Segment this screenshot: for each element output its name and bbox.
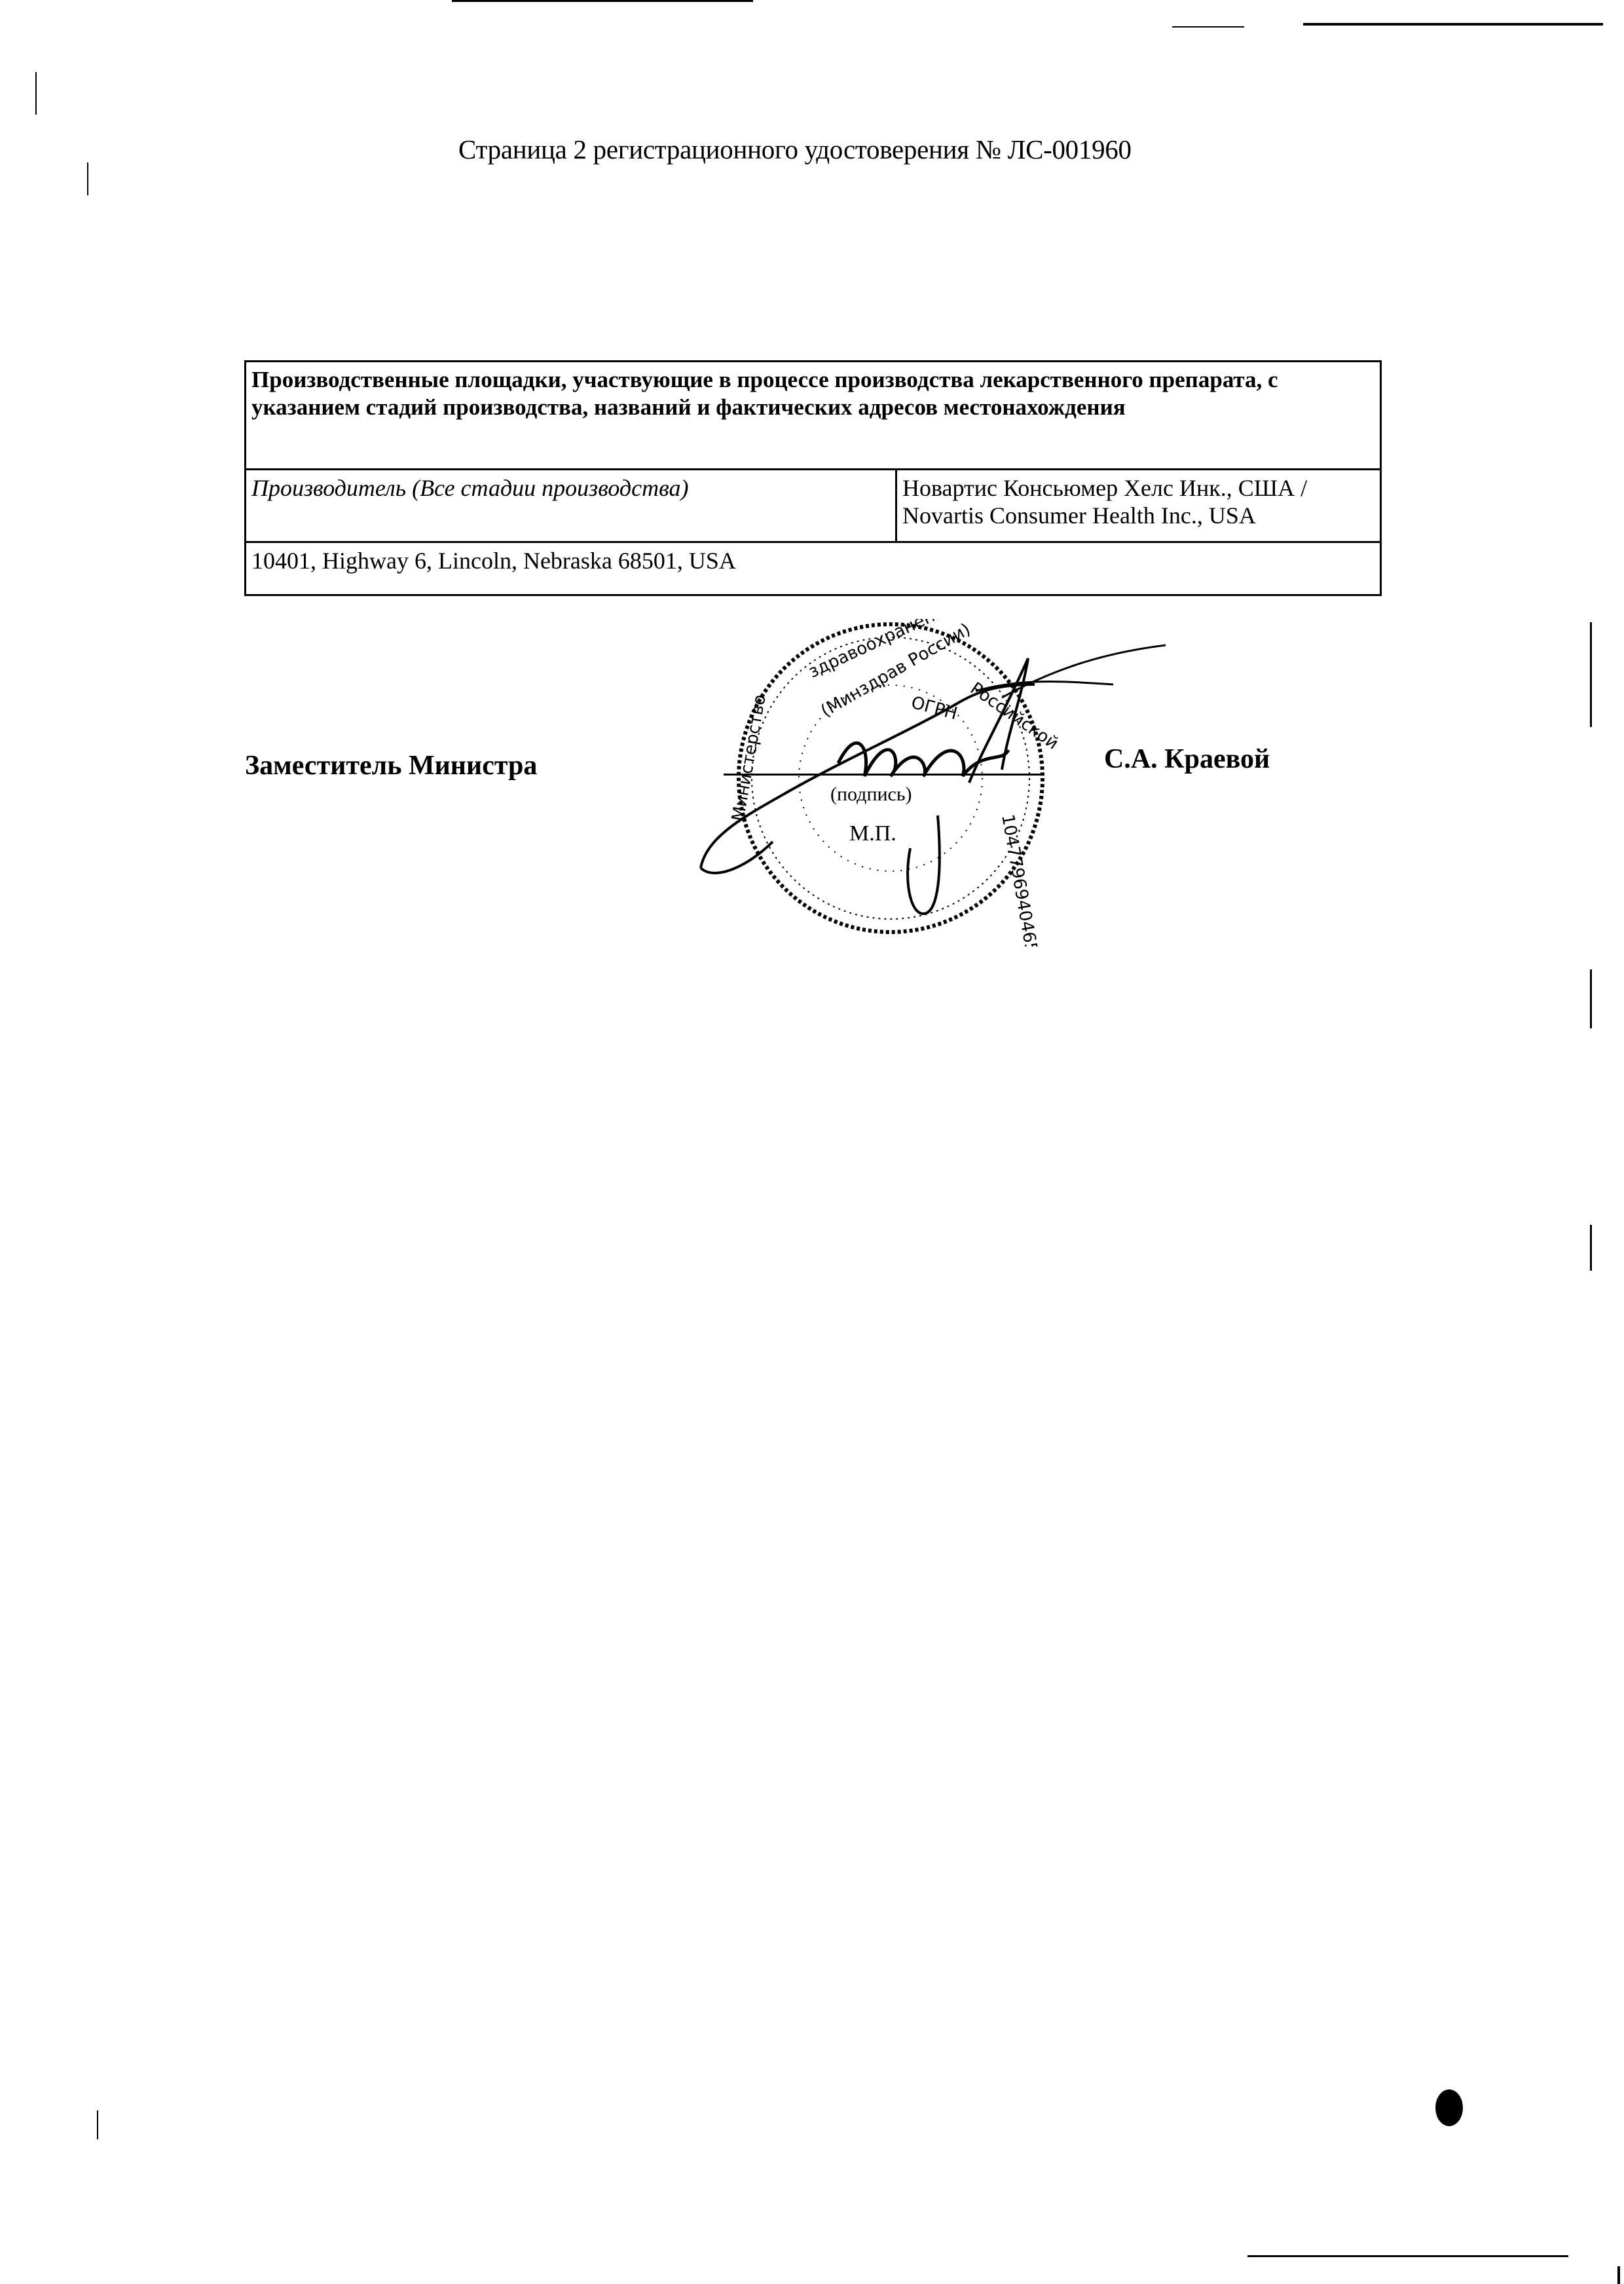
scan-edge-mark-right-2 — [1590, 969, 1592, 1028]
stamp-place-caption: М.П. — [849, 821, 896, 846]
manufacturer-name-cell: Новартис Консьюмер Хелс Инк., США / Nova… — [896, 470, 1381, 542]
page-title: Страница 2 регистрационного удостоверени… — [458, 134, 1132, 165]
scan-edge-mark-right-bottom — [1617, 2266, 1620, 2284]
scan-edge-mark-top — [452, 0, 753, 2]
production-sites-table: Производственные площадки, участвующие в… — [244, 360, 1382, 596]
company-name-ru: Новартис Консьюмер Хелс Инк., США / — [902, 474, 1375, 502]
scan-edge-mark-right-3 — [1590, 1225, 1592, 1271]
scan-edge-mark-right — [1590, 622, 1592, 727]
official-seal-icon: здравоохранения Российской (Минздрав Рос… — [694, 619, 1166, 946]
table-row: Производитель (Все стадии производства) … — [246, 470, 1381, 542]
signature-line — [724, 774, 1043, 776]
signatory-position: Заместитель Министра — [245, 750, 537, 781]
address-cell: 10401, Highway 6, Lincoln, Nebraska 6850… — [246, 542, 1381, 595]
manufacturer-role-cell: Производитель (Все стадии производства) — [246, 470, 896, 542]
scan-edge-mark-left-bottom — [97, 2110, 98, 2139]
scan-edge-mark-bottom — [1247, 2255, 1568, 2257]
scan-edge-mark-left — [35, 72, 37, 115]
scan-dot-mark — [1435, 2089, 1463, 2126]
signature-caption: (подпись) — [830, 783, 912, 806]
signatory-name: С.А. Краевой — [1104, 743, 1270, 775]
table-row: 10401, Highway 6, Lincoln, Nebraska 6850… — [246, 542, 1381, 595]
scan-edge-mark-top-right — [1303, 23, 1603, 26]
company-name-en: Novartis Consumer Health Inc., USA — [902, 502, 1375, 529]
svg-text:ОГРН: ОГРН — [909, 693, 959, 724]
table-header-cell: Производственные площадки, участвующие в… — [246, 362, 1381, 470]
scan-dashes-top-right — [1172, 26, 1244, 28]
svg-text:Министерство: Министерство — [728, 693, 770, 823]
scan-edge-mark-left-2 — [87, 162, 88, 195]
table-header-row: Производственные площадки, участвующие в… — [246, 362, 1381, 470]
